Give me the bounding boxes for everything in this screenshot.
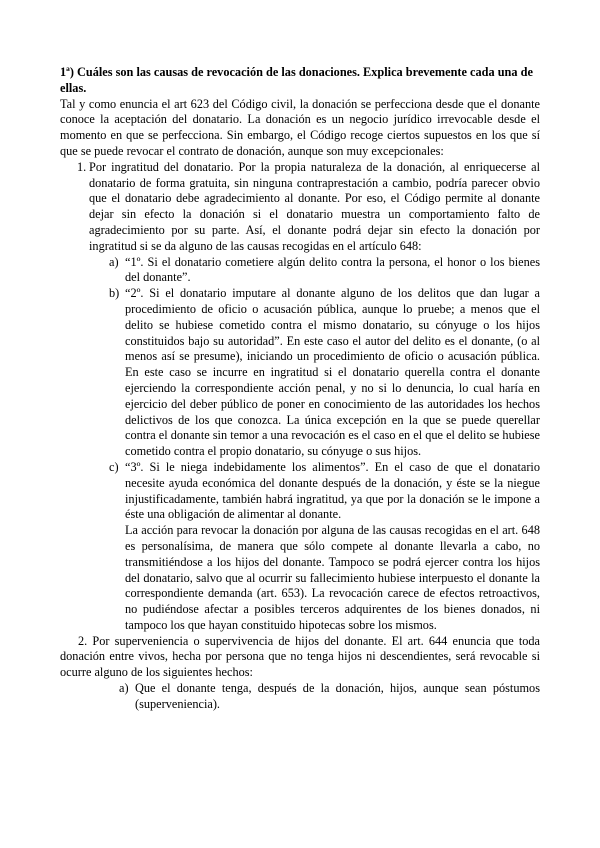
list-item-1a-marker: a): [109, 255, 119, 271]
list-item-2a-marker: a): [119, 681, 129, 697]
list-item-1a-text: “1º. Si el donatario cometiere algún del…: [125, 255, 540, 285]
list-item-1b: b) “2º. Si el donatario imputare al dona…: [60, 286, 540, 460]
list-item-1-continuation: La acción para revocar la donación por a…: [125, 523, 540, 634]
intro-paragraph: Tal y como enuncia el art 623 del Código…: [60, 97, 540, 160]
list-item-1: 1. Por ingratitud del donatario. Por la …: [60, 160, 540, 255]
document-page: 1ª) Cuáles son las causas de revocación …: [0, 0, 600, 848]
list-item-1a: a) “1º. Si el donatario cometiere algún …: [60, 255, 540, 287]
list-item-1c-text: “3º. Si le niega indebidamente los alime…: [125, 460, 540, 521]
list-item-2-paragraph: 2. Por superveniencia o supervivencia de…: [60, 634, 540, 681]
list-item-1c: c) “3º. Si le niega indebidamente los al…: [60, 460, 540, 523]
question-heading: 1ª) Cuáles son las causas de revocación …: [60, 65, 540, 97]
list-item-2a-text: Que el donante tenga, después de la dona…: [135, 681, 540, 711]
list-item-1-marker: 1.: [77, 160, 86, 176]
list-item-2a: a) Que el donante tenga, después de la d…: [60, 681, 540, 713]
list-item-1b-marker: b): [109, 286, 119, 302]
list-item-1b-text: “2º. Si el donatario imputare al donante…: [125, 286, 540, 458]
list-item-1-text: Por ingratitud del donatario. Por la pro…: [89, 160, 540, 253]
list-item-1c-marker: c): [109, 460, 119, 476]
